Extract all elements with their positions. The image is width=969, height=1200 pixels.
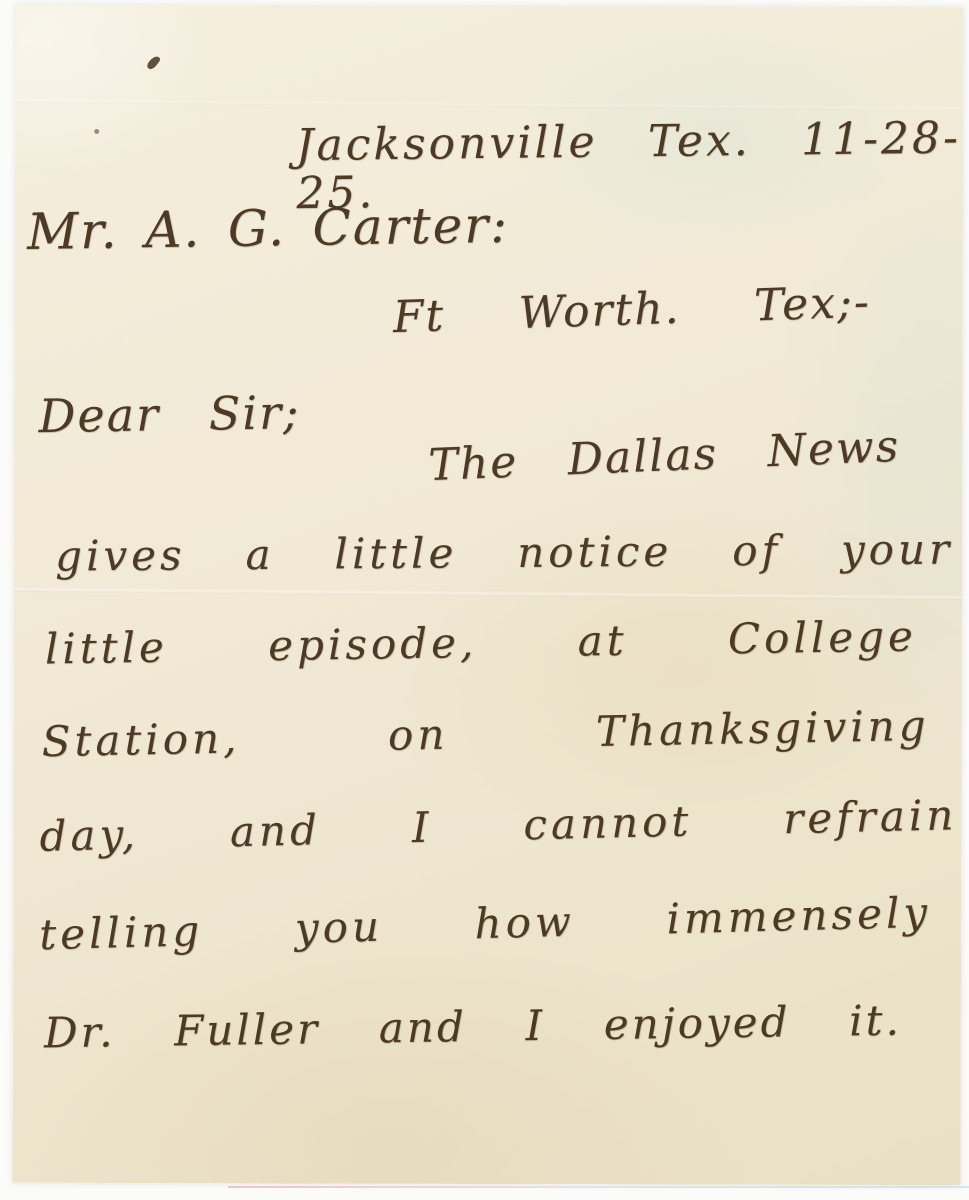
fold-crease-upper: [15, 98, 963, 111]
ink-speck: [146, 54, 162, 71]
salutation: Dear Sir;: [38, 387, 301, 441]
body-line: Station, on Thanksgiving: [41, 703, 930, 765]
body-line: little episode, at College: [45, 614, 918, 673]
recipient-place: Ft Worth. Tex;-: [392, 279, 871, 343]
body-line: Dr. Fuller and I enjoyed it.: [44, 998, 903, 1057]
body-line: gives a little notice of your: [55, 527, 953, 580]
ink-speck: [94, 129, 99, 134]
body-line: day, and I cannot refrain: [39, 792, 958, 860]
fold-crease-middle: [14, 587, 962, 600]
body-line: The Dallas News: [428, 423, 902, 491]
scanned-letter-page: Jacksonville Tex. 11-28-25. Mr. A. G. Ca…: [0, 0, 969, 1200]
recipient-name: Mr. A. G. Carter:: [27, 198, 510, 260]
scan-artifact-line: [228, 1186, 969, 1188]
letter-paper: Jacksonville Tex. 11-28-25. Mr. A. G. Ca…: [12, 5, 963, 1185]
body-line: telling you how immensely: [39, 890, 932, 959]
